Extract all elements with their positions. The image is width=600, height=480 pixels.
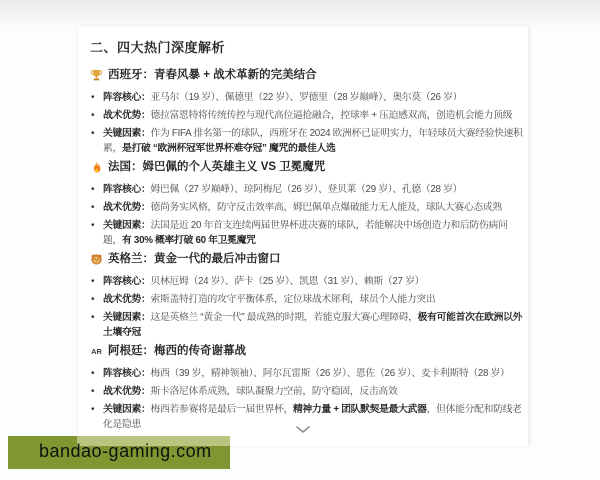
team-heading-text: 阿根廷：梅西的传奇谢幕战: [108, 344, 246, 359]
bullet-item: 战术优势：斯卡洛尼体系成熟，球队凝聚力空前，防守稳固，反击高效: [90, 384, 526, 399]
bullet-item: 阵容核心：梅西（39 岁，精神领袖）、阿尔瓦雷斯（26 岁）、恩佐（26 岁）、…: [90, 366, 526, 381]
bullet-label: 阵容核心：: [103, 92, 150, 103]
top-gray-strip: [0, 0, 600, 26]
lion-icon: [90, 253, 103, 266]
bullet-text: 德拉富恩特将传统传控与现代高位逼抢融合，控球率 + 压迫感双高，创造机会能力顶级: [150, 110, 512, 121]
team-section: 英格兰：黄金一代的最后冲击窗口 阵容核心：贝林厄姆（24 岁）、萨卡（25 岁）…: [90, 252, 526, 340]
team-section: 法国：姆巴佩的个人英雄主义 VS 卫冕魔咒 阵容核心：姆巴佩（27 岁巅峰）、琼…: [90, 160, 526, 248]
team-bullet-list: 阵容核心：亚马尔（19 岁）、佩德里（22 岁）、罗德里（28 岁巅峰）、奥尔莫…: [90, 90, 526, 156]
bullet-item: 关键因素：这是英格兰 “黄金一代” 最成熟的时期，若能克服大赛心理障碍，极有可能…: [90, 310, 526, 340]
team-section: AR 阿根廷：梅西的传奇谢幕战 阵容核心：梅西（39 岁，精神领袖）、阿尔瓦雷斯…: [90, 344, 526, 432]
page-canvas: 二、四大热门深度解析 西班牙：青春风暴 + 战术革新的完美结合 阵容核心：亚马尔…: [0, 0, 600, 480]
bullet-item: 阵容核心：亚马尔（19 岁）、佩德里（22 岁）、罗德里（28 岁巅峰）、奥尔莫…: [90, 90, 526, 105]
bullet-item: 关键因素：法国是近 20 年首支连续两届世界杯进决赛的球队，若能解决中场创造力和…: [90, 218, 526, 248]
watermark-banner: bandao-gaming.com: [8, 436, 230, 469]
bullet-item: 阵容核心：贝林厄姆（24 岁）、萨卡（25 岁）、凯恩（31 岁）、赖斯（27 …: [90, 274, 526, 289]
page-title: 二、四大热门深度解析: [90, 40, 526, 56]
flame-icon: [90, 161, 103, 174]
bullet-text: 德尚务实风格，防守反击效率高，姆巴佩单点爆破能力无人能及，球队大赛心态成熟: [150, 202, 501, 213]
flag-ar-icon: AR: [90, 345, 103, 358]
team-heading-text: 法国：姆巴佩的个人英雄主义 VS 卫冕魔咒: [108, 160, 325, 175]
bullet-item: 关键因素：作为 FIFA 排名第一的球队，西班牙在 2024 欧洲杯已证明实力，…: [90, 126, 526, 156]
bullet-label: 战术优势：: [103, 110, 150, 121]
team-heading-text: 英格兰：黄金一代的最后冲击窗口: [108, 252, 281, 267]
bullet-label: 阵容核心：: [103, 368, 150, 379]
bullet-item: 战术优势：索斯盖特打造的攻守平衡体系，定位球战术犀利，球员个人能力突出: [90, 292, 526, 307]
bullet-label: 战术优势：: [103, 386, 150, 397]
bullet-text: 梅西若参赛将是最后一届世界杯，: [150, 404, 292, 415]
bullet-text: 姆巴佩（27 岁巅峰）、琼阿梅尼（26 岁）、登贝莱（29 岁）、孔德（28 岁…: [150, 184, 462, 195]
bullet-label: 战术优势：: [103, 202, 150, 213]
bullet-bold-text: 有 30% 概率打破 60 年卫冕魔咒: [122, 235, 256, 246]
bullet-text: 索斯盖特打造的攻守平衡体系，定位球战术犀利，球员个人能力突出: [150, 294, 435, 305]
bullet-label: 关键因素：: [103, 220, 150, 231]
team-bullet-list: 阵容核心：贝林厄姆（24 岁）、萨卡（25 岁）、凯恩（31 岁）、赖斯（27 …: [90, 274, 526, 340]
bullet-label: 关键因素：: [103, 128, 150, 139]
team-heading-text: 西班牙：青春风暴 + 战术革新的完美结合: [108, 68, 317, 83]
bullet-text: 斯卡洛尼体系成熟，球队凝聚力空前，防守稳固，反击高效: [150, 386, 397, 397]
team-heading: AR 阿根廷：梅西的传奇谢幕战: [90, 344, 526, 359]
watermark-text: bandao-gaming.com: [39, 441, 212, 462]
bullet-label: 关键因素：: [103, 312, 150, 323]
bullet-label: 战术优势：: [103, 294, 150, 305]
bullet-item: 阵容核心：姆巴佩（27 岁巅峰）、琼阿梅尼（26 岁）、登贝莱（29 岁）、孔德…: [90, 182, 526, 197]
bullet-text: 贝林厄姆（24 岁）、萨卡（25 岁）、凯恩（31 岁）、赖斯（27 岁）: [150, 276, 424, 287]
bullet-label: 阵容核心：: [103, 276, 150, 287]
bullet-item: 战术优势：德尚务实风格，防守反击效率高，姆巴佩单点爆破能力无人能及，球队大赛心态…: [90, 200, 526, 215]
team-bullet-list: 阵容核心：姆巴佩（27 岁巅峰）、琼阿梅尼（26 岁）、登贝莱（29 岁）、孔德…: [90, 182, 526, 248]
trophy-icon: [90, 69, 103, 82]
team-section: 西班牙：青春风暴 + 战术革新的完美结合 阵容核心：亚马尔（19 岁）、佩德里（…: [90, 68, 526, 156]
bullet-item: 战术优势：德拉富恩特将传统传控与现代高位逼抢融合，控球率 + 压迫感双高，创造机…: [90, 108, 526, 123]
team-heading: 英格兰：黄金一代的最后冲击窗口: [90, 252, 526, 267]
chevron-down-icon[interactable]: [294, 422, 312, 432]
bullet-label: 关键因素：: [103, 404, 150, 415]
bullet-text: 这是英格兰 “黄金一代” 最成熟的时期，若能克服大赛心理障碍，: [150, 312, 417, 323]
team-heading: 西班牙：青春风暴 + 战术革新的完美结合: [90, 68, 526, 83]
flag-ar-text: AR: [91, 344, 102, 359]
bullet-bold-text: 精神力量 + 团队默契是最大武器: [293, 404, 427, 415]
team-heading: 法国：姆巴佩的个人英雄主义 VS 卫冕魔咒: [90, 160, 526, 175]
bullet-bold-text: 是打破 “欧洲杯冠军世界杯难夺冠” 魔咒的最佳人选: [122, 143, 335, 154]
bullet-label: 阵容核心：: [103, 184, 150, 195]
bullet-text: 梅西（39 岁，精神领袖）、阿尔瓦雷斯（26 岁）、恩佐（26 岁）、麦卡利斯特…: [150, 368, 509, 379]
sections-container: 西班牙：青春风暴 + 战术革新的完美结合 阵容核心：亚马尔（19 岁）、佩德里（…: [90, 68, 526, 432]
document-page: 二、四大热门深度解析 西班牙：青春风暴 + 战术革新的完美结合 阵容核心：亚马尔…: [78, 26, 528, 446]
bullet-text: 亚马尔（19 岁）、佩德里（22 岁）、罗德里（28 岁巅峰）、奥尔莫（26 岁…: [150, 92, 462, 103]
